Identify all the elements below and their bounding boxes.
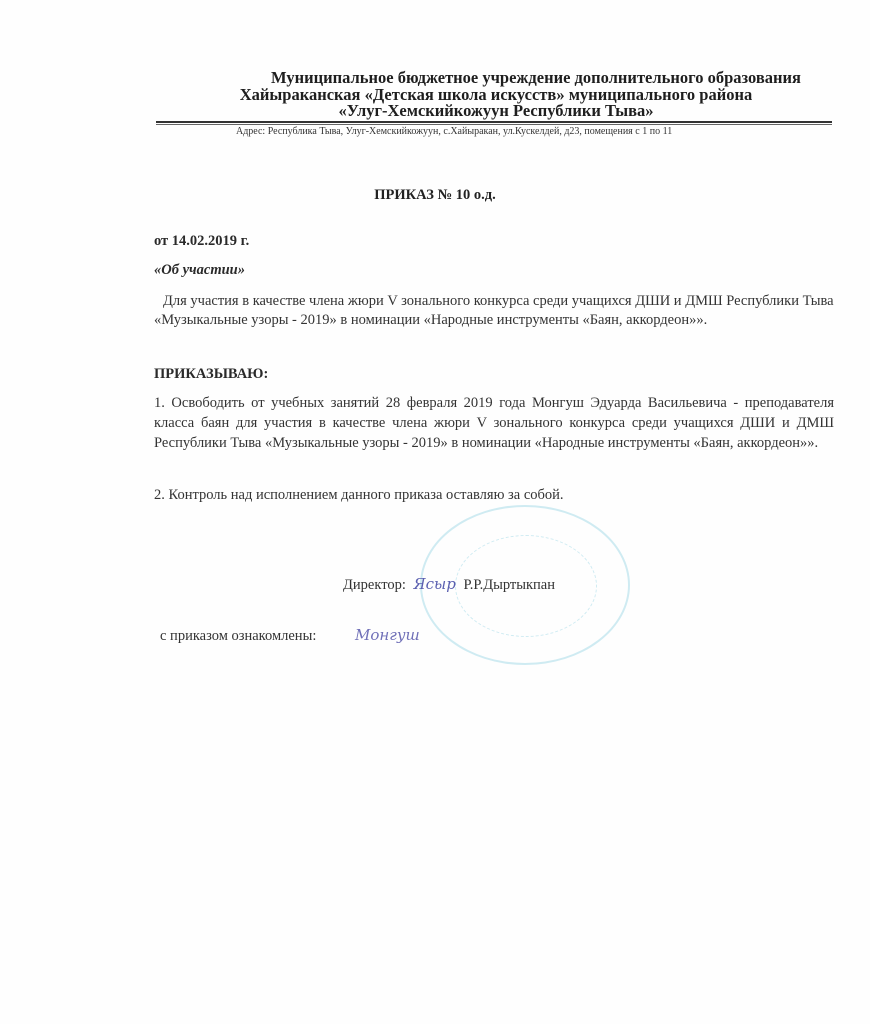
order-heading: ПРИКАЗЫВАЮ: bbox=[154, 366, 268, 383]
document-page: Муниципальное бюджетное учреждение допол… bbox=[0, 0, 870, 1024]
order-item-2: 2. Контроль над исполнением данного прик… bbox=[154, 487, 564, 504]
director-signature: Ясыр bbox=[414, 575, 456, 593]
header-rule-thin bbox=[156, 124, 832, 125]
director-name: Р.Р.Дыртыкпан bbox=[463, 577, 555, 593]
order-subject: «Об участии» bbox=[154, 262, 245, 279]
director-label: Директор: bbox=[343, 577, 406, 593]
org-name-line-3: «Улуг-Хемскийкожуун Республики Тыва» bbox=[216, 102, 776, 119]
acknowledgement-signature: Монгуш bbox=[355, 626, 420, 644]
order-item-1: 1. Освободить от учебных занятий 28 февр… bbox=[154, 393, 834, 453]
order-title: ПРИКАЗ № 10 о.д. bbox=[0, 187, 870, 204]
acknowledgement-label: с приказом ознакомлены: bbox=[160, 628, 316, 645]
order-intro: Для участия в качестве члена жюри V зона… bbox=[154, 292, 834, 330]
org-name-line-1: Муниципальное бюджетное учреждение допол… bbox=[236, 69, 836, 86]
director-signature-line: Директор: Ясыр Р.Р.Дыртыкпан bbox=[343, 575, 555, 594]
org-address: Адрес: Республика Тыва, Улуг-Хемскийкожу… bbox=[236, 126, 672, 137]
header-rule-thick bbox=[156, 121, 832, 123]
order-date: от 14.02.2019 г. bbox=[154, 233, 249, 250]
